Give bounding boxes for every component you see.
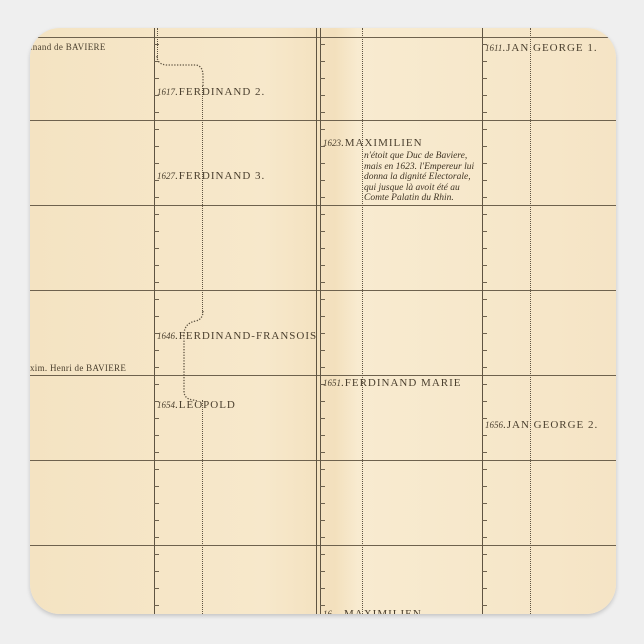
lineage-line — [530, 28, 531, 614]
chart-sheet: inand de BAVIERE xim. Henri de BAVIERE 1… — [30, 28, 616, 614]
year-ticks — [154, 28, 159, 614]
left-entry: xim. Henri de BAVIERE — [30, 363, 126, 373]
lineage-line — [202, 400, 203, 614]
year-ticks — [320, 28, 325, 614]
lineage-curve — [156, 56, 206, 86]
ruler-entry: 1651.FERDINAND MARIE — [323, 377, 462, 389]
lineage-line — [157, 28, 158, 58]
ruler-entry: 1654.LEOPOLD — [157, 399, 236, 411]
ruler-entry: 1627.FERDINAND 3. — [157, 170, 265, 182]
ruler-entry: 1611.JAN GEORGE 1. — [485, 42, 598, 54]
ruler-entry: 1623.MAXIMILIEN — [323, 137, 423, 149]
lineage-line — [362, 28, 363, 614]
left-entry: inand de BAVIERE — [30, 42, 106, 52]
ruler-entry: 16... MAXIMILIEN — [323, 608, 422, 614]
year-ticks — [482, 28, 487, 614]
ruler-entry: 1646.FERDINAND-FRANSOIS — [157, 330, 317, 342]
ruler-entry: 1617.FERDINAND 2. — [157, 86, 265, 98]
historical-note: n'étoit que Duc de Baviere, mais en 1623… — [364, 151, 474, 204]
lineage-curve — [178, 311, 208, 401]
lineage-line — [202, 86, 203, 313]
column-divider — [316, 28, 317, 614]
ruler-entry: 1656.JAN GEORGE 2. — [485, 419, 598, 431]
